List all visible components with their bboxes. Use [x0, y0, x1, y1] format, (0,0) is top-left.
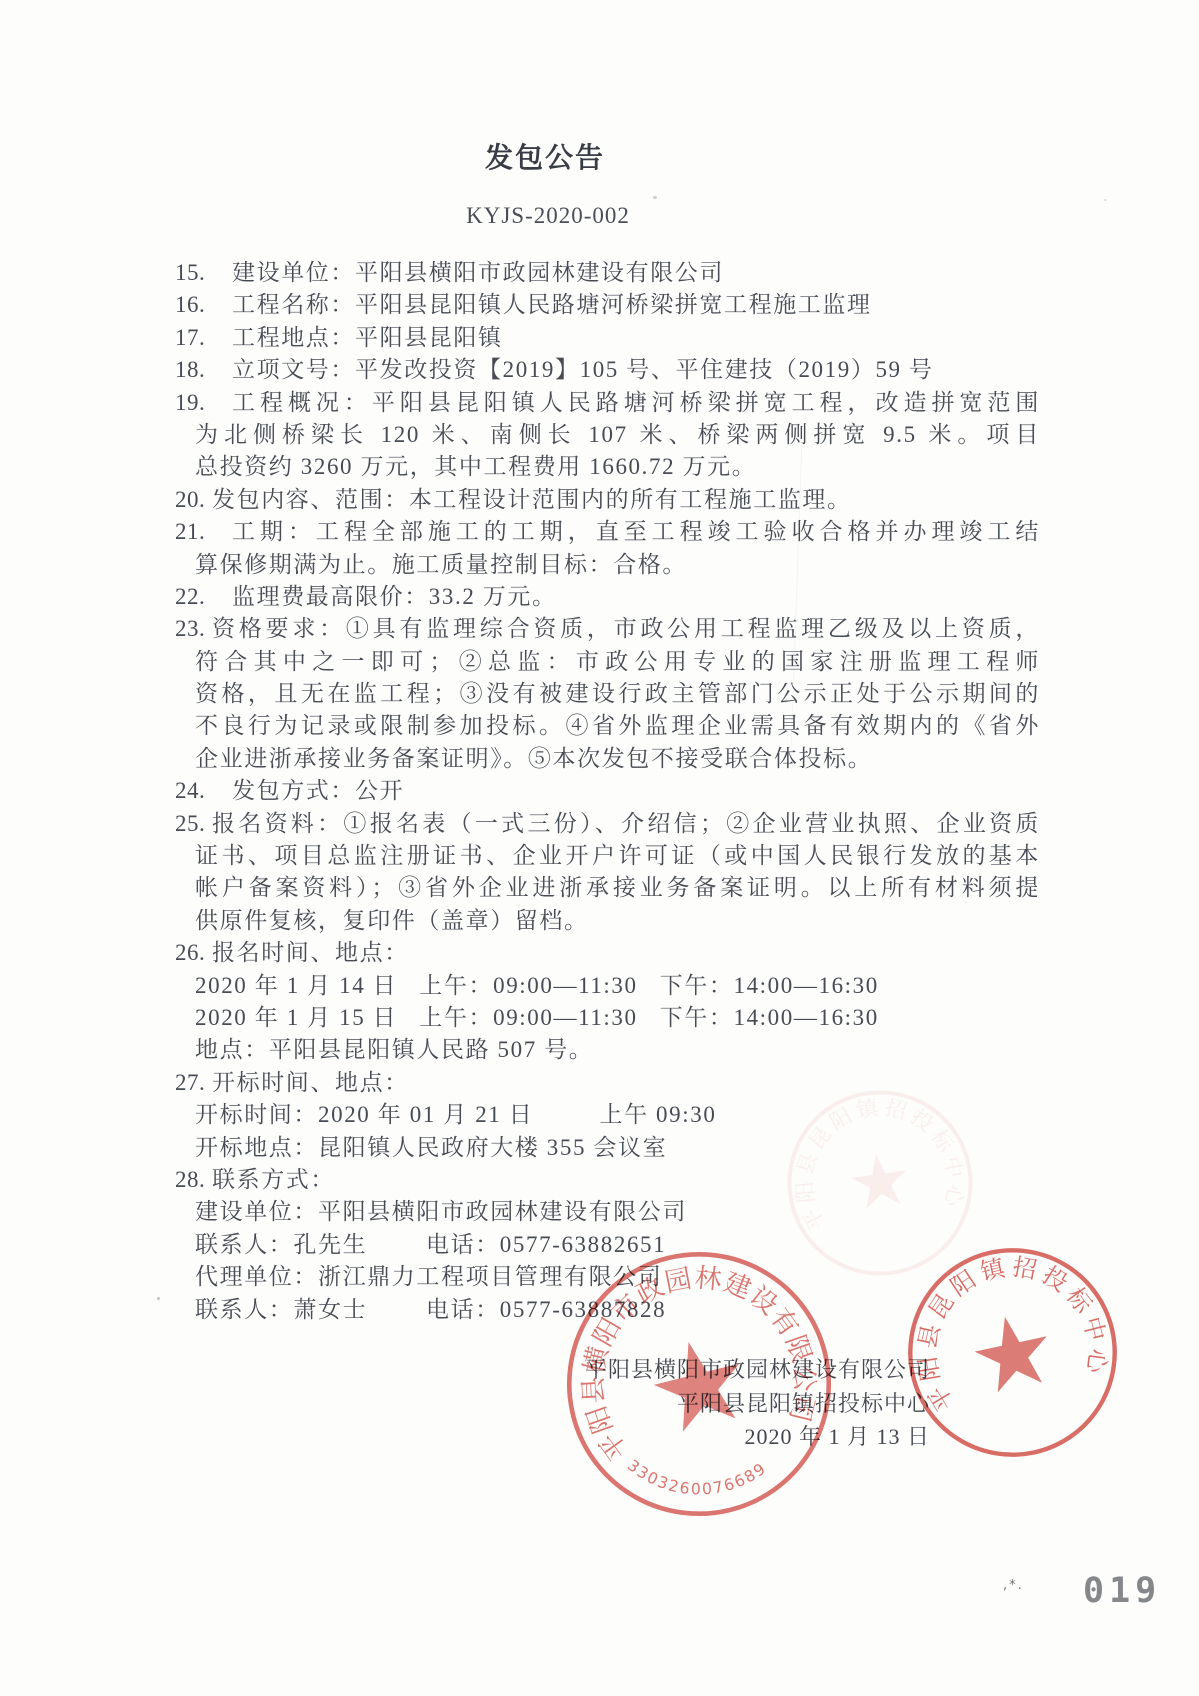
document-line: 为北侧桥梁长 120 米、南侧长 107 米、桥梁两侧拼宽 9.5 米。项目	[175, 419, 1040, 451]
signature-company: 平阳县横阳市政园林建设有限公司	[585, 1353, 930, 1387]
document-line: 25.报名资料：①报名表（一式三份）、介绍信；②企业营业执照、企业资质	[175, 808, 1040, 840]
document-number: KYJS-2020-002	[0, 203, 1096, 229]
document-line: 19.工程概况：平阳县昆阳镇人民路塘河桥梁拼宽工程，改造拼宽范围	[175, 387, 1040, 419]
document-line: 24.发包方式：公开	[175, 775, 1040, 807]
document-line: 资格，且无在监工程；③没有被建设行政主管部门公示正处于公示期间的	[175, 678, 1040, 710]
item-text: 企业进浙承接业务备案证明》。⑤本次发包不接受联合体投标。	[195, 743, 1040, 775]
item-text: 算保修期满为止。施工质量控制目标：合格。	[195, 549, 1040, 581]
item-number: 27.	[175, 1067, 205, 1099]
item-number: 26.	[175, 937, 205, 969]
document-line: 18.立项文号：平发改投资【2019】105 号、平住建技（2019）59 号	[175, 354, 1040, 386]
ink-speck: ,*.	[1003, 1578, 1024, 1593]
item-number: 23.	[175, 613, 205, 645]
item-text: 立项文号：平发改投资【2019】105 号、平住建技（2019）59 号	[232, 354, 1040, 386]
document-line: 2020 年 1 月 14 日 上午：09:00—11:30 下午：14:00—…	[175, 970, 1040, 1002]
document-line: 总投资约 3260 万元，其中工程费用 1660.72 万元。	[175, 451, 1040, 483]
document-line: 联系人：萧女士 电话：0577-63887828	[175, 1294, 1040, 1326]
document-line: 开标地点：昆阳镇人民政府大楼 355 会议室	[175, 1132, 1040, 1164]
item-text: 资格要求：①具有监理综合资质，市政公用工程监理乙级及以上资质，	[212, 613, 1040, 645]
document-line: 不良行为记录或限制参加投标。④省外监理企业需具备有效期内的《省外	[175, 710, 1040, 742]
item-text: 联系人：萧女士 电话：0577-63887828	[195, 1294, 1040, 1326]
item-text: 工程地点：平阳县昆阳镇	[232, 322, 1040, 354]
document-line: 供原件复核，复印件（盖章）留档。	[175, 905, 1040, 937]
item-text: 报名时间、地点：	[212, 937, 1040, 969]
item-text: 开标时间：2020 年 01 月 21 日 上午 09:30	[195, 1099, 1040, 1131]
document-line: 26.报名时间、地点：	[175, 937, 1040, 969]
item-text: 联系方式：	[212, 1164, 1040, 1196]
document-line: 证书、项目总监注册证书、企业开户许可证（或中国人民银行发放的基本	[175, 840, 1040, 872]
item-text: 2020 年 1 月 14 日 上午：09:00—11:30 下午：14:00—…	[195, 970, 1040, 1002]
document-line: 22.监理费最高限价：33.2 万元。	[175, 581, 1040, 613]
document-line: 建设单位：平阳县横阳市政园林建设有限公司	[175, 1196, 1040, 1228]
document-line: 企业进浙承接业务备案证明》。⑤本次发包不接受联合体投标。	[175, 743, 1040, 775]
item-text: 地点：平阳县昆阳镇人民路 507 号。	[195, 1034, 1040, 1066]
item-text: 工程概况：平阳县昆阳镇人民路塘河桥梁拼宽工程，改造拼宽范围	[232, 387, 1040, 419]
item-number: 19.	[175, 387, 205, 419]
item-text: 报名资料：①报名表（一式三份）、介绍信；②企业营业执照、企业资质	[212, 808, 1040, 840]
item-text: 建设单位：平阳县横阳市政园林建设有限公司	[232, 257, 1040, 289]
document-line: 符合其中之一即可；②总监：市政公用专业的国家注册监理工程师	[175, 646, 1040, 678]
signature-block: 平阳县横阳市政园林建设有限公司 平阳县昆阳镇招投标中心 2020 年 1 月 1…	[585, 1353, 930, 1454]
document-line: 地点：平阳县昆阳镇人民路 507 号。	[175, 1034, 1040, 1066]
item-text: 监理费最高限价：33.2 万元。	[232, 581, 1040, 613]
item-number: 18.	[175, 354, 205, 386]
item-number: 28.	[175, 1164, 205, 1196]
item-text: 2020 年 1 月 15 日 上午：09:00—11:30 下午：14:00—…	[195, 1002, 1040, 1034]
item-text: 资格，且无在监工程；③没有被建设行政主管部门公示正处于公示期间的	[195, 678, 1040, 710]
item-number: 22.	[175, 581, 205, 613]
document-line: 联系人：孔先生 电话：0577-63882651	[175, 1229, 1040, 1261]
item-text: 符合其中之一即可；②总监：市政公用专业的国家注册监理工程师	[195, 646, 1040, 678]
document-line: 28.联系方式：	[175, 1164, 1040, 1196]
document-line: 帐户备案资料）；③省外企业进浙承接业务备案证明。以上所有材料须提	[175, 872, 1040, 904]
item-text: 发包方式：公开	[232, 775, 1040, 807]
document-line: 算保修期满为止。施工质量控制目标：合格。	[175, 549, 1040, 581]
item-number: 21.	[175, 516, 205, 548]
document-line: 20.发包内容、范围：本工程设计范围内的所有工程施工监理。	[175, 484, 1040, 516]
item-text: 不良行为记录或限制参加投标。④省外监理企业需具备有效期内的《省外	[195, 710, 1040, 742]
item-text: 总投资约 3260 万元，其中工程费用 1660.72 万元。	[195, 451, 1040, 483]
ink-speck	[1104, 199, 1107, 201]
item-text: 开标时间、地点：	[212, 1067, 1040, 1099]
item-text: 供原件复核，复印件（盖章）留档。	[195, 905, 1040, 937]
document-line: 17.工程地点：平阳县昆阳镇	[175, 322, 1040, 354]
signature-center: 平阳县昆阳镇招投标中心	[585, 1387, 930, 1421]
item-text: 代理单位：浙江鼎力工程项目管理有限公司	[195, 1261, 1040, 1293]
document-line: 开标时间：2020 年 01 月 21 日 上午 09:30	[175, 1099, 1040, 1131]
ink-speck	[653, 196, 657, 199]
announcement-body: 15.建设单位：平阳县横阳市政园林建设有限公司16.工程名称：平阳县昆阳镇人民路…	[175, 257, 1040, 1326]
item-text: 帐户备案资料）；③省外企业进浙承接业务备案证明。以上所有材料须提	[195, 872, 1040, 904]
ink-speck	[157, 1297, 160, 1300]
document-line: 15.建设单位：平阳县横阳市政园林建设有限公司	[175, 257, 1040, 289]
document-line: 代理单位：浙江鼎力工程项目管理有限公司	[175, 1261, 1040, 1293]
item-text: 建设单位：平阳县横阳市政园林建设有限公司	[195, 1196, 1040, 1228]
page-title: 发包公告	[0, 136, 1090, 176]
item-text: 开标地点：昆阳镇人民政府大楼 355 会议室	[195, 1132, 1040, 1164]
item-text: 证书、项目总监注册证书、企业开户许可证（或中国人民银行发放的基本	[195, 840, 1040, 872]
item-text: 发包内容、范围：本工程设计范围内的所有工程施工监理。	[212, 484, 1040, 516]
item-number: 25.	[175, 808, 205, 840]
item-number: 16.	[175, 289, 205, 321]
item-number: 15.	[175, 257, 205, 289]
document-line: 27.开标时间、地点：	[175, 1067, 1040, 1099]
document-line: 23.资格要求：①具有监理综合资质，市政公用工程监理乙级及以上资质，	[175, 613, 1040, 645]
document-line: 16.工程名称：平阳县昆阳镇人民路塘河桥梁拼宽工程施工监理	[175, 289, 1040, 321]
item-number: 24.	[175, 775, 205, 807]
item-number: 17.	[175, 322, 205, 354]
item-text: 联系人：孔先生 电话：0577-63882651	[195, 1229, 1040, 1261]
document-line: 2020 年 1 月 15 日 上午：09:00—11:30 下午：14:00—…	[175, 1002, 1040, 1034]
scanned-document-page: 发包公告 KYJS-2020-002 15.建设单位：平阳县横阳市政园林建设有限…	[0, 0, 1199, 1696]
item-text: 工程名称：平阳县昆阳镇人民路塘河桥梁拼宽工程施工监理	[232, 289, 1040, 321]
document-line: 21.工期：工程全部施工的工期，直至工程竣工验收合格并办理竣工结	[175, 516, 1040, 548]
item-text: 为北侧桥梁长 120 米、南侧长 107 米、桥梁两侧拼宽 9.5 米。项目	[195, 419, 1040, 451]
item-text: 工期：工程全部施工的工期，直至工程竣工验收合格并办理竣工结	[232, 516, 1040, 548]
signature-date: 2020 年 1 月 13 日	[585, 1420, 930, 1454]
page-number: 019	[1083, 1571, 1161, 1611]
item-number: 20.	[175, 484, 205, 516]
